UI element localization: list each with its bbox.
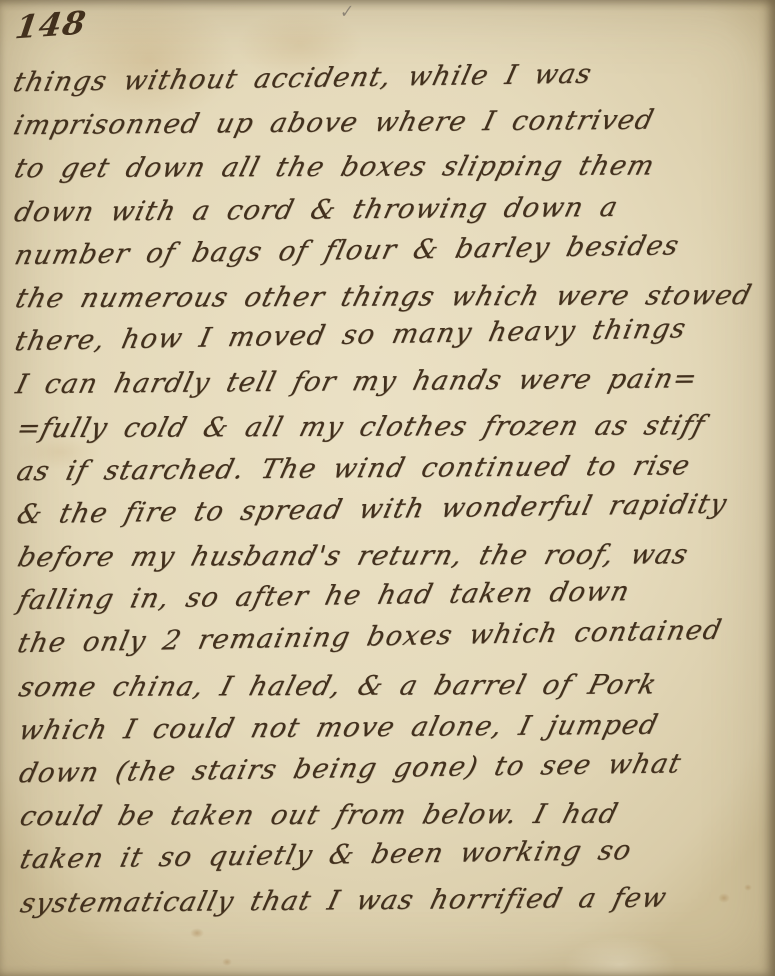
manuscript-page: 148 ✓ things without accident, while I w…	[0, 0, 775, 976]
handwriting-line: some china, I haled, & a barrel of Pork	[14, 663, 773, 710]
handwriting-line: I can hardly tell for my hands were pain…	[11, 357, 769, 407]
foxing-spot	[190, 928, 204, 938]
foxing-spot	[222, 958, 232, 966]
page-number: 148	[13, 4, 89, 47]
pencil-checkmark-icon: ✓	[340, 1, 355, 23]
handwriting-line: systematically that I was horrified a fe…	[16, 875, 774, 925]
handwriting-line: =fully cold & all my clothes frozen as s…	[12, 403, 771, 450]
handwriting-line: imprisonned up above where I contrived	[9, 98, 767, 148]
handwriting-line: things without accident, while I was	[9, 50, 768, 104]
handwriting-line: to get down all the boxes slipping them	[9, 144, 768, 191]
handwriting-lines: things without accident, while I wasimpr…	[8, 55, 764, 925]
